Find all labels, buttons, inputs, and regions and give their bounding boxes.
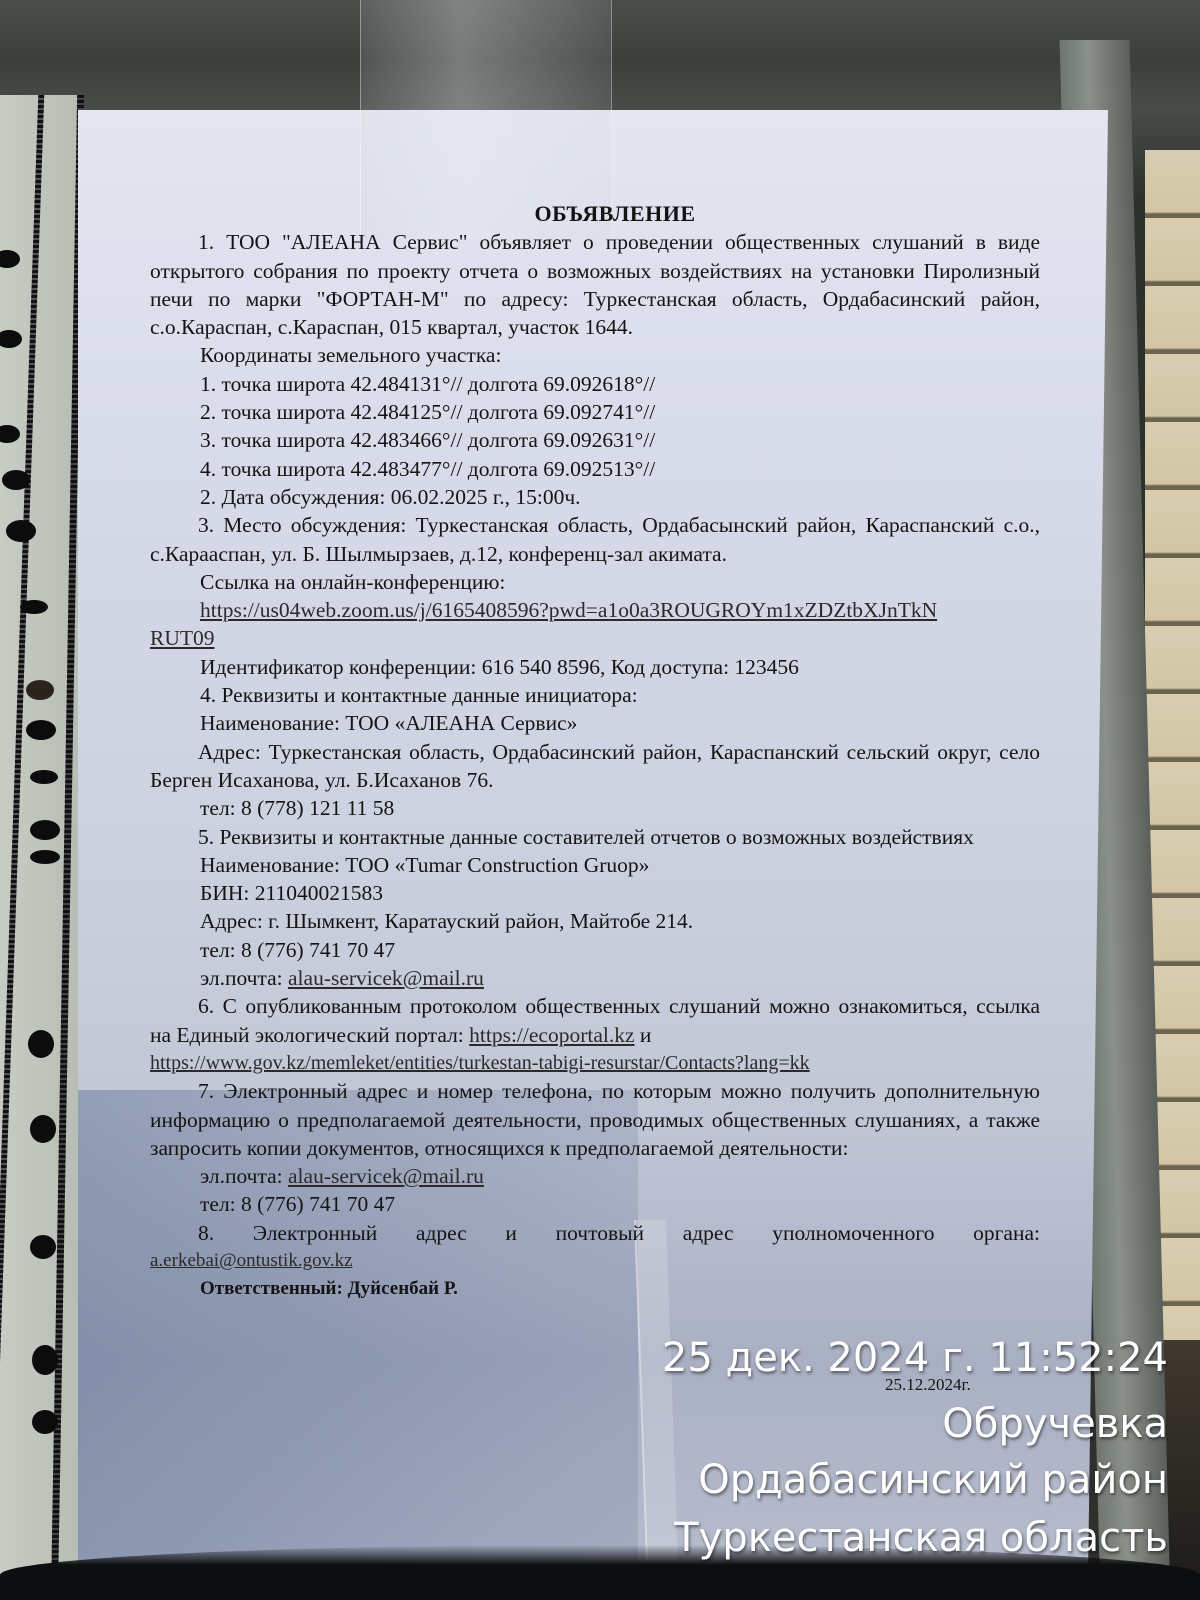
binder-hole <box>30 850 60 864</box>
photo-district: Ордабасинский район <box>698 1460 1168 1500</box>
binder-hole <box>30 770 58 784</box>
ecoportal-link[interactable]: https://ecoportal.kz <box>469 1023 634 1047</box>
initiator-address: Адрес: Туркестанская область, Ордабасинс… <box>150 738 1040 795</box>
info-email-link[interactable]: alau-servicek@mail.ru <box>288 1164 484 1188</box>
binder-hole <box>2 470 30 490</box>
and-word: и <box>635 1023 652 1047</box>
binder-hole <box>20 600 48 614</box>
coords-label: Координаты земельного участка: <box>150 341 1040 369</box>
authors-address: Адрес: г. Шымкент, Каратауский район, Ма… <box>150 907 1040 935</box>
notice-paragraph-1: 1. ТОО "АЛЕАНА Сервис" объявляет о прове… <box>150 228 1040 341</box>
zoom-link-text-end[interactable]: RUT09 <box>150 626 215 650</box>
info-email-line: эл.почта: alau-servicek@mail.ru <box>150 1162 1040 1190</box>
protocol-paragraph: 6. С опубликованным протоколом обществен… <box>150 992 1040 1049</box>
email-label: эл.почта: <box>200 1164 288 1188</box>
gov-link-line[interactable]: https://www.gov.kz/memleket/entities/tur… <box>150 1049 1040 1077</box>
photo-locality: Обручевка <box>942 1404 1168 1444</box>
coord-point-3: 3. точка широта 42.483466°// долгота 69.… <box>150 426 1040 454</box>
photo-timestamp: 25 дек. 2024 г. 11:52:24 <box>662 1338 1168 1378</box>
zoom-link[interactable]: https://us04web.zoom.us/j/6165408596?pwd… <box>150 596 1040 624</box>
binder-hole <box>30 1235 56 1259</box>
notice-title: ОБЪЯВЛЕНИЕ <box>150 200 1040 228</box>
zoom-link-text[interactable]: https://us04web.zoom.us/j/6165408596?pwd… <box>200 598 937 622</box>
gov-link[interactable]: https://www.gov.kz/memleket/entities/tur… <box>150 1052 810 1074</box>
info-phone: тел: 8 (776) 741 70 47 <box>150 1190 1040 1218</box>
authors-email-link[interactable]: alau-servicek@mail.ru <box>288 966 484 990</box>
binder-hole <box>30 820 60 840</box>
binder-hole <box>26 720 56 740</box>
info-paragraph: 7. Электронный адрес и номер телефона, п… <box>150 1077 1040 1162</box>
authors-heading: 5. Реквизиты и контактные данные состави… <box>150 823 1040 851</box>
binder-hole <box>32 1410 58 1434</box>
authority-email-link[interactable]: a.erkebai@ontustik.gov.kz <box>150 1250 353 1271</box>
coord-point-1: 1. точка широта 42.484131°// долгота 69.… <box>150 370 1040 398</box>
authors-phone: тел: 8 (776) 741 70 47 <box>150 936 1040 964</box>
binder-hole <box>32 1345 58 1375</box>
coord-point-2: 2. точка широта 42.484125°// долгота 69.… <box>150 398 1040 426</box>
coord-point-4: 4. точка широта 42.483477°// долгота 69.… <box>150 455 1040 483</box>
binder-hole <box>6 520 36 542</box>
initiator-name: Наименование: ТОО «АЛЕАНА Сервис» <box>150 709 1040 737</box>
authors-email-line: эл.почта: alau-servicek@mail.ru <box>150 964 1040 992</box>
authority-paragraph: 8. Электронный адрес и почтовый адрес уп… <box>150 1219 1040 1247</box>
conference-id: Идентификатор конференции: 616 540 8596,… <box>150 653 1040 681</box>
email-label: эл.почта: <box>200 966 288 990</box>
discussion-place: 3. Место обсуждения: Туркестанская облас… <box>150 511 1040 568</box>
authority-email-line[interactable]: a.erkebai@ontustik.gov.kz <box>150 1247 1040 1275</box>
authors-bin: БИН: 211040021583 <box>150 879 1040 907</box>
authors-name: Наименование: ТОО «Tumar Construction Gr… <box>150 851 1040 879</box>
discussion-date: 2. Дата обсуждения: 06.02.2025 г., 15:00… <box>150 483 1040 511</box>
binder-hole <box>28 1030 54 1058</box>
initiator-phone: тел: 8 (778) 121 11 58 <box>150 794 1040 822</box>
online-conference-label: Ссылка на онлайн-конференцию: <box>150 568 1040 596</box>
initiator-heading: 4. Реквизиты и контактные данные инициат… <box>150 681 1040 709</box>
responsible-person: Ответственный: Дуйсенбай Р. <box>150 1275 1040 1303</box>
notice-document: ОБЪЯВЛЕНИЕ 1. ТОО "АЛЕАНА Сервис" объявл… <box>150 200 1040 1304</box>
binder-hole <box>26 680 54 700</box>
zoom-link-continued[interactable]: RUT09 <box>150 624 1040 652</box>
binder-hole <box>30 1115 56 1143</box>
photo-region: Туркестанская область <box>674 1518 1168 1558</box>
